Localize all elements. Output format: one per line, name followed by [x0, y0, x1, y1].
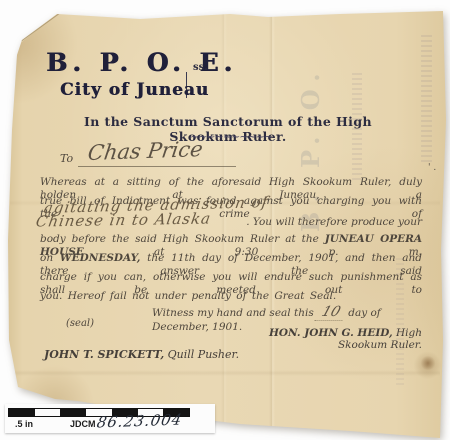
clerk-name: JOHN T. SPICKETT, — [44, 348, 164, 361]
seal-note: (seal) — [66, 318, 94, 329]
officer-name: HON. JOHN G. HEID, — [269, 327, 393, 339]
ruler-segment — [60, 409, 86, 416]
org-abbreviation: B. P. O. E. — [46, 48, 237, 77]
recipient-handwritten: Chas Price — [86, 137, 204, 165]
body-line: you. Hereof fail not under penalty of th… — [40, 290, 422, 303]
paper-shadow: B. P. O. E. B. P. O. E. ss. City of June… — [0, 0, 450, 440]
to-label: To — [60, 152, 73, 165]
horizontal-crease — [10, 370, 440, 376]
day-handwritten: 10 — [314, 304, 347, 321]
accession-number-handwritten: 86.23.004 — [95, 410, 183, 431]
weekday-name: WEDNESDAY, — [60, 252, 141, 264]
bleedthrough-column — [421, 32, 432, 162]
clerk-title: Quill Pusher. — [164, 348, 239, 361]
body-line-continuation: . You will therefore produce your — [240, 216, 422, 228]
fold-crease-line — [19, 12, 62, 43]
ruler-segment — [9, 409, 35, 416]
ruler-segment — [35, 409, 61, 416]
museum-code: JDCM — [70, 419, 96, 429]
body-text: on — [40, 252, 60, 264]
body-text: body before the said High Skookum Ruler … — [40, 233, 325, 245]
ink-stain — [420, 356, 436, 370]
recipient-underline — [78, 166, 236, 167]
officer-signature-line: HON. JOHN G. HEID, High Skookum Ruler. — [230, 327, 422, 351]
charge-handwritten-line2: Chinese in to Alaska — [35, 209, 213, 230]
clerk-signature-line: JOHN T. SPICKETT, Quill Pusher. — [44, 348, 239, 361]
catalog-photo: B. P. O. E. B. P. O. E. ss. City of June… — [0, 0, 450, 440]
place-line: City of Juneau — [60, 80, 209, 100]
ss-legal-abbrev: ss. — [193, 62, 208, 73]
document-paper: B. P. O. E. B. P. O. E. ss. City of June… — [0, 0, 450, 440]
witness-text-pre: Witness my hand and seal this — [152, 307, 314, 319]
scale-unit-text: .5 in — [15, 419, 33, 429]
stray-ink-mark: ' . — [428, 163, 436, 173]
museum-label: .5 in JDCM 86.23.004 — [5, 404, 215, 433]
